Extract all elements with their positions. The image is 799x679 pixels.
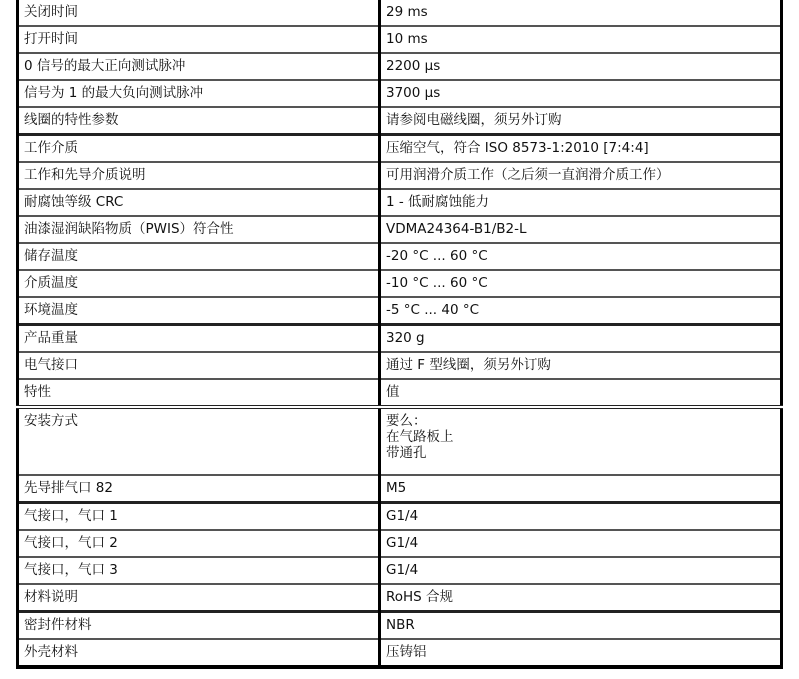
table-row: 密封件材料 NBR: [18, 612, 782, 640]
row-label: 0 信号的最大正向测试脉冲: [18, 53, 380, 80]
row-value: 3700 μs: [380, 80, 782, 107]
table-row: 关闭时间 29 ms: [18, 0, 782, 26]
row-value: 29 ms: [380, 0, 782, 26]
row-label: 外壳材料: [18, 639, 380, 667]
table-row: 环境温度 -5 °C ... 40 °C: [18, 297, 782, 325]
value-line: 带通孔: [386, 445, 775, 461]
row-value: 压铸铝: [380, 639, 782, 667]
table-header-row: 特性 值: [18, 379, 782, 407]
row-label: 产品重量: [18, 325, 380, 353]
table-row: 材料说明 RoHS 合规: [18, 584, 782, 612]
row-label: 先导排气口 82: [18, 475, 380, 503]
row-value: M5: [380, 475, 782, 503]
value-line: 要么：: [386, 413, 775, 429]
row-label: 气接口，气口 1: [18, 503, 380, 531]
row-value: 10 ms: [380, 26, 782, 53]
row-value: -20 °C ... 60 °C: [380, 243, 782, 270]
row-label: 油漆湿润缺陷物质（PWIS）符合性: [18, 216, 380, 243]
table-row: 耐腐蚀等级 CRC 1 - 低耐腐蚀能力: [18, 189, 782, 216]
row-value: 通过 F 型线圈，须另外订购: [380, 352, 782, 379]
table-row: 工作和先导介质说明 可用润滑介质工作（之后须一直润滑介质工作）: [18, 162, 782, 189]
header-property: 特性: [18, 379, 380, 407]
row-label: 电气接口: [18, 352, 380, 379]
table-row: 线圈的特性参数 请参阅电磁线圈，须另外订购: [18, 107, 782, 135]
row-value: VDMA24364-B1/B2-L: [380, 216, 782, 243]
row-value: -10 °C ... 60 °C: [380, 270, 782, 297]
row-label: 材料说明: [18, 584, 380, 612]
row-value: 可用润滑介质工作（之后须一直润滑介质工作）: [380, 162, 782, 189]
table-row-mounting: 安装方式 要么： 在气路板上 带通孔: [18, 407, 782, 475]
table-row: 打开时间 10 ms: [18, 26, 782, 53]
table-row: 油漆湿润缺陷物质（PWIS）符合性 VDMA24364-B1/B2-L: [18, 216, 782, 243]
row-value: G1/4: [380, 557, 782, 584]
row-value-multiline: 要么： 在气路板上 带通孔: [380, 407, 782, 475]
row-value: 2200 μs: [380, 53, 782, 80]
row-label: 关闭时间: [18, 0, 380, 26]
row-value: RoHS 合规: [380, 584, 782, 612]
header-value: 值: [380, 379, 782, 407]
table-row: 工作介质 压缩空气，符合 ISO 8573-1:2010 [7:4:4]: [18, 135, 782, 163]
table-row: 先导排气口 82 M5: [18, 475, 782, 503]
row-label: 密封件材料: [18, 612, 380, 640]
table-row: 介质温度 -10 °C ... 60 °C: [18, 270, 782, 297]
row-value: -5 °C ... 40 °C: [380, 297, 782, 325]
row-label: 工作介质: [18, 135, 380, 163]
table-row: 气接口，气口 1 G1/4: [18, 503, 782, 531]
row-value: 1 - 低耐腐蚀能力: [380, 189, 782, 216]
row-value: G1/4: [380, 530, 782, 557]
table-row: 外壳材料 压铸铝: [18, 639, 782, 667]
row-label: 气接口，气口 2: [18, 530, 380, 557]
row-label: 信号为 1 的最大负向测试脉冲: [18, 80, 380, 107]
row-value: NBR: [380, 612, 782, 640]
row-label: 环境温度: [18, 297, 380, 325]
row-label: 线圈的特性参数: [18, 107, 380, 135]
table-row: 气接口，气口 3 G1/4: [18, 557, 782, 584]
row-label: 耐腐蚀等级 CRC: [18, 189, 380, 216]
spec-table-container: 关闭时间 29 ms 打开时间 10 ms 0 信号的最大正向测试脉冲 2200…: [16, 0, 780, 669]
row-label: 安装方式: [18, 407, 380, 475]
row-label: 储存温度: [18, 243, 380, 270]
row-value: G1/4: [380, 503, 782, 531]
row-label: 气接口，气口 3: [18, 557, 380, 584]
spec-table: 关闭时间 29 ms 打开时间 10 ms 0 信号的最大正向测试脉冲 2200…: [16, 0, 783, 669]
table-row: 气接口，气口 2 G1/4: [18, 530, 782, 557]
row-value: 320 g: [380, 325, 782, 353]
table-row: 0 信号的最大正向测试脉冲 2200 μs: [18, 53, 782, 80]
value-line: 在气路板上: [386, 429, 775, 445]
table-row: 电气接口 通过 F 型线圈，须另外订购: [18, 352, 782, 379]
table-row: 储存温度 -20 °C ... 60 °C: [18, 243, 782, 270]
row-value: 压缩空气，符合 ISO 8573-1:2010 [7:4:4]: [380, 135, 782, 163]
row-label: 介质温度: [18, 270, 380, 297]
table-row: 信号为 1 的最大负向测试脉冲 3700 μs: [18, 80, 782, 107]
row-value: 请参阅电磁线圈，须另外订购: [380, 107, 782, 135]
table-row: 产品重量 320 g: [18, 325, 782, 353]
row-label: 工作和先导介质说明: [18, 162, 380, 189]
row-label: 打开时间: [18, 26, 380, 53]
